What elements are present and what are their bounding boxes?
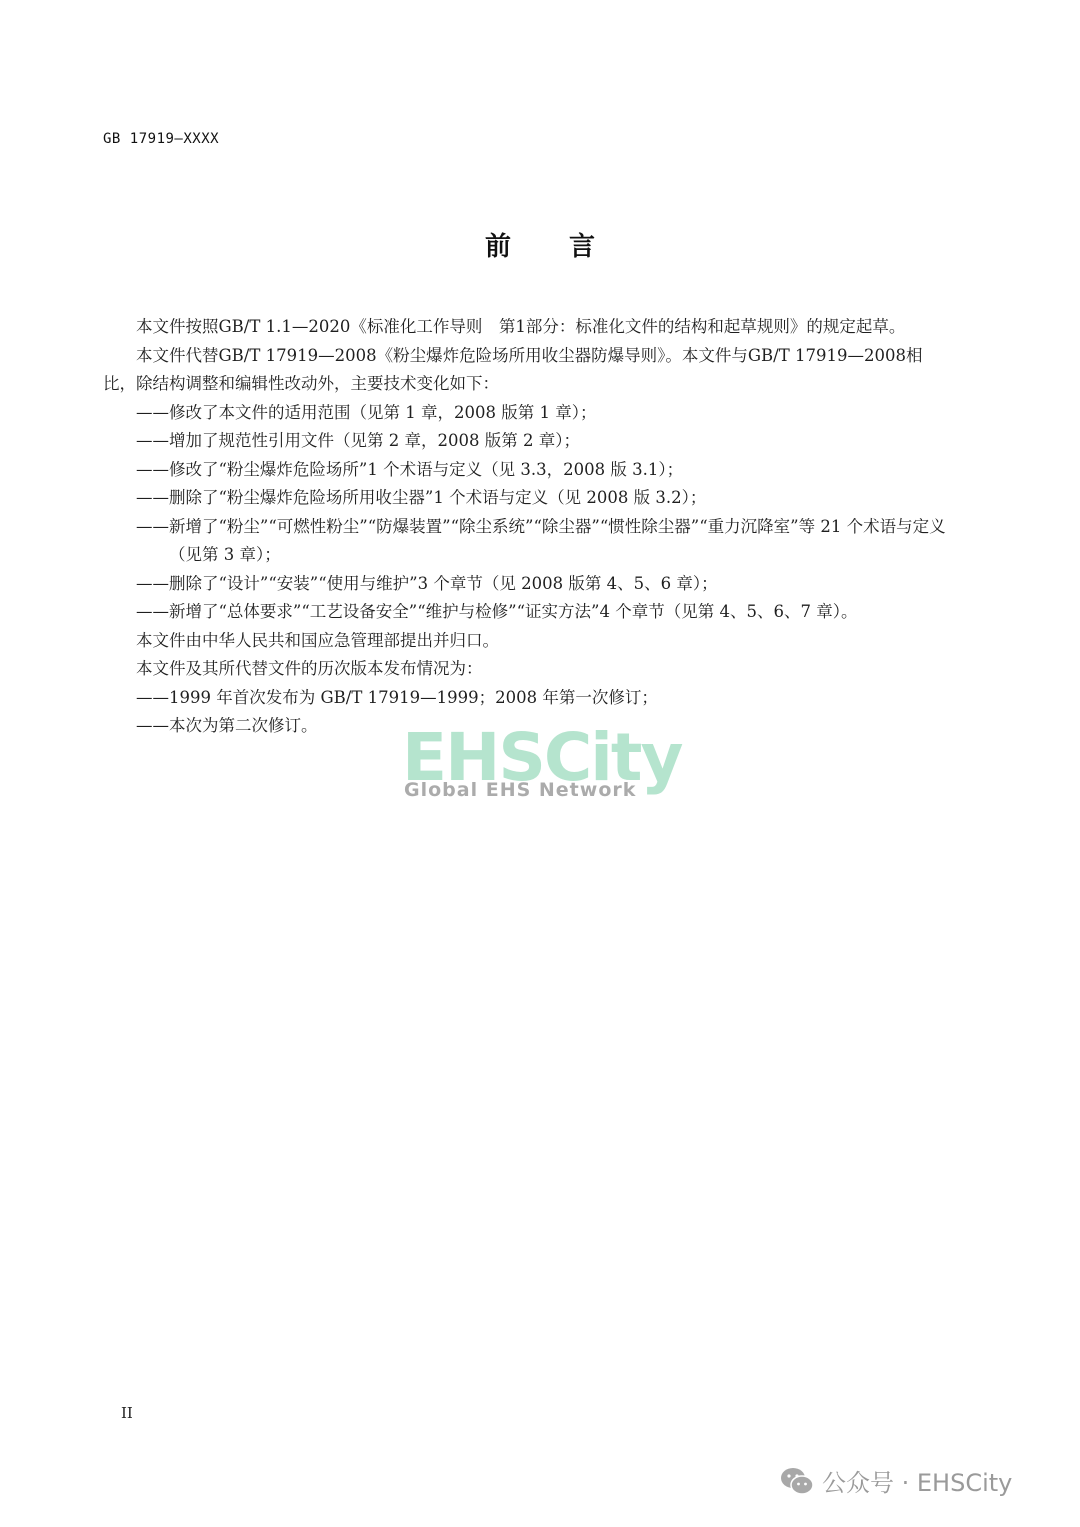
paragraph-history-intro: 本文件及其所代替文件的历次版本发布情况为： bbox=[103, 655, 953, 684]
list-item: ——修改了“粉尘爆炸危险场所”1 个术语与定义（见 3.3，2008 版 3.1… bbox=[103, 456, 953, 485]
paragraph-replacement: 本文件代替GB/T 17919—2008《粉尘爆炸危险场所用收尘器防爆导则》。本… bbox=[103, 342, 953, 399]
account-badge: 公众号 · EHSCity bbox=[780, 1463, 1012, 1498]
list-item: ——本次为第二次修订。 bbox=[103, 712, 953, 741]
foreword-body: 本文件按照GB/T 1.1—2020《标准化工作导则 第1部分：标准化文件的结构… bbox=[103, 313, 953, 741]
title-char-1: 前 bbox=[485, 226, 511, 263]
list-item: ——增加了规范性引用文件（见第 2 章，2008 版第 2 章）； bbox=[103, 427, 953, 456]
document-id: GB 17919—XXXX bbox=[103, 131, 219, 147]
list-item: ——新增了“总体要求”“工艺设备安全”“维护与检修”“证实方法”4 个章节（见第… bbox=[103, 598, 953, 627]
list-item: ——删除了“设计”“安装”“使用与维护”3 个章节（见 2008 版第 4、5、… bbox=[103, 570, 953, 599]
list-item: ——删除了“粉尘爆炸危险场所用收尘器”1 个术语与定义（见 2008 版 3.2… bbox=[103, 484, 953, 513]
watermark-tagline: Global EHS Network bbox=[404, 779, 636, 801]
title-char-2: 言 bbox=[569, 226, 595, 263]
list-item: ——修改了本文件的适用范围（见第 1 章，2008 版第 1 章）； bbox=[103, 399, 953, 428]
paragraph-drafting-rules: 本文件按照GB/T 1.1—2020《标准化工作导则 第1部分：标准化文件的结构… bbox=[103, 313, 953, 342]
wechat-icon bbox=[780, 1466, 814, 1496]
changes-list: ——修改了本文件的适用范围（见第 1 章，2008 版第 1 章）； ——增加了… bbox=[103, 399, 953, 627]
page-title: 前言 bbox=[0, 226, 1080, 263]
list-item: ——新增了“粉尘”“可燃性粉尘”“防爆装置”“除尘系统”“除尘器”“惯性除尘器”… bbox=[103, 513, 953, 570]
list-item: ——1999 年首次发布为 GB/T 17919—1999；2008 年第一次修… bbox=[103, 684, 953, 713]
paragraph-proposer: 本文件由中华人民共和国应急管理部提出并归口。 bbox=[103, 627, 953, 656]
history-list: ——1999 年首次发布为 GB/T 17919—1999；2008 年第一次修… bbox=[103, 684, 953, 741]
account-label: 公众号 · EHSCity bbox=[822, 1463, 1012, 1498]
page-number: II bbox=[121, 1404, 133, 1422]
